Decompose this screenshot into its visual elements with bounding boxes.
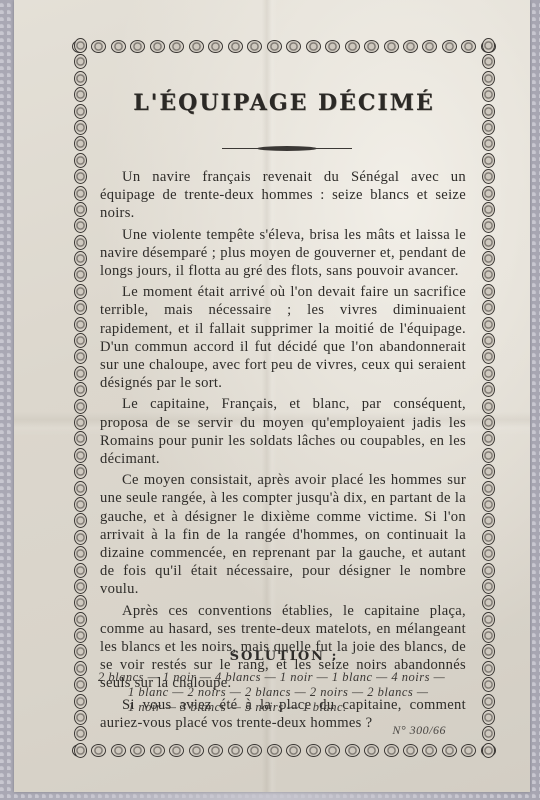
border-ornament-icon <box>91 744 106 757</box>
border-ornament-icon <box>74 267 87 282</box>
border-ornament-icon <box>422 744 437 757</box>
border-ornament-icon <box>74 563 87 578</box>
solution-line: 2 blancs — 1 noir — 4 blancs — 1 noir — … <box>98 670 466 685</box>
border-ornament-icon <box>189 40 204 53</box>
border-ornament-icon <box>267 744 282 757</box>
border-ornament-icon <box>74 202 87 217</box>
border-ornament-icon <box>461 40 476 53</box>
border-ornament-icon <box>228 744 243 757</box>
border-ornament-icon <box>482 497 495 512</box>
border-ornament-icon <box>74 497 87 512</box>
paragraph: Le capitaine, Français, et blanc, par co… <box>100 395 466 468</box>
border-ornament-icon <box>482 136 495 151</box>
border-ornament-icon <box>74 415 87 430</box>
border-ornament-icon <box>111 744 126 757</box>
border-ornament-icon <box>130 40 145 53</box>
border-ornament-icon <box>74 333 87 348</box>
border-ornament-icon <box>74 169 87 184</box>
border-ornament-icon <box>74 448 87 463</box>
border-ornament-icon <box>345 40 360 53</box>
border-ornament-icon <box>150 744 165 757</box>
ornamental-border: L'ÉQUIPAGE DÉCIMÉ Un navire français rev… <box>72 38 496 758</box>
border-ornament-icon <box>306 744 321 757</box>
reference-number: N° 300/66 <box>392 723 446 738</box>
border-ornament-icon <box>111 40 126 53</box>
border-ornament-icon <box>482 267 495 282</box>
border-ornament-icon <box>482 448 495 463</box>
border-ornament-icon <box>74 153 87 168</box>
border-ornament-icon <box>74 235 87 250</box>
border-ornament-icon <box>286 744 301 757</box>
border-ornament-icon <box>482 710 495 725</box>
border-ornament-icon <box>286 40 301 53</box>
border-ornament-icon <box>74 579 87 594</box>
border-ornament-icon <box>91 40 106 53</box>
border-ornament-icon <box>74 317 87 332</box>
border-ornament-icon <box>482 513 495 528</box>
border-ornament-icon <box>306 40 321 53</box>
border-ornament-icon <box>325 40 340 53</box>
border-ornament-icon <box>74 628 87 643</box>
border-ornament-icon <box>482 317 495 332</box>
border-ornament-icon <box>482 628 495 643</box>
border-ornament-icon <box>482 677 495 692</box>
border-ornament-icon <box>442 40 457 53</box>
border-ornament-icon <box>74 431 87 446</box>
solution-line: 1 blanc — 2 noirs — 2 blancs — 2 noirs —… <box>98 685 466 700</box>
border-ornament-icon <box>74 366 87 381</box>
border-ornament-icon <box>482 349 495 364</box>
border-top <box>72 38 496 54</box>
border-ornament-icon <box>384 40 399 53</box>
border-ornament-icon <box>208 40 223 53</box>
border-ornament-icon <box>345 744 360 757</box>
border-ornament-icon <box>482 169 495 184</box>
border-ornament-icon <box>364 744 379 757</box>
border-ornament-icon <box>384 744 399 757</box>
border-ornament-icon <box>150 40 165 53</box>
border-ornament-icon <box>74 546 87 561</box>
border-ornament-icon <box>247 40 262 53</box>
border-ornament-icon <box>482 284 495 299</box>
border-ornament-icon <box>482 612 495 627</box>
border-ornament-icon <box>189 744 204 757</box>
border-ornament-icon <box>482 431 495 446</box>
border-ornament-icon <box>74 677 87 692</box>
border-ornament-icon <box>482 202 495 217</box>
solution-text: 2 blancs — 1 noir — 4 blancs — 1 noir — … <box>98 670 466 715</box>
border-ornament-icon <box>482 300 495 315</box>
border-ornament-icon <box>74 710 87 725</box>
border-ornament-icon <box>482 333 495 348</box>
solution-line: 1 noir — 3 blancs — 5 noirs — 1 blanc. <box>98 700 466 715</box>
border-ornament-icon <box>74 694 87 709</box>
border-ornament-icon <box>130 744 145 757</box>
border-ornament-icon <box>482 694 495 709</box>
border-ornament-icon <box>461 744 476 757</box>
ornamental-rule-icon <box>222 146 352 152</box>
border-ornament-icon <box>482 743 495 758</box>
document-title: L'ÉQUIPAGE DÉCIMÉ <box>72 90 496 116</box>
border-ornament-icon <box>482 251 495 266</box>
border-ornament-icon <box>403 744 418 757</box>
border-ornament-icon <box>74 481 87 496</box>
border-ornament-icon <box>74 136 87 151</box>
border-ornament-icon <box>482 120 495 135</box>
border-ornament-icon <box>74 464 87 479</box>
border-bottom <box>72 742 496 758</box>
paragraph: Un navire français revenait du Sénégal a… <box>100 168 466 223</box>
paragraph: Le moment était arrivé où l'on devait fa… <box>100 283 466 392</box>
border-ornament-icon <box>482 530 495 545</box>
border-ornament-icon <box>74 595 87 610</box>
border-ornament-icon <box>74 186 87 201</box>
border-ornament-icon <box>482 38 495 53</box>
border-ornament-icon <box>247 744 262 757</box>
border-ornament-icon <box>228 40 243 53</box>
border-ornament-icon <box>74 120 87 135</box>
border-ornament-icon <box>267 40 282 53</box>
border-ornament-icon <box>482 563 495 578</box>
border-ornament-icon <box>482 399 495 414</box>
border-ornament-icon <box>74 38 87 53</box>
border-ornament-icon <box>482 481 495 496</box>
border-ornament-icon <box>482 153 495 168</box>
border-ornament-icon <box>169 744 184 757</box>
border-ornament-icon <box>482 464 495 479</box>
border-ornament-icon <box>74 612 87 627</box>
border-ornament-icon <box>442 744 457 757</box>
border-ornament-icon <box>74 726 87 741</box>
border-ornament-icon <box>482 726 495 741</box>
border-ornament-icon <box>74 218 87 233</box>
border-ornament-icon <box>482 366 495 381</box>
border-ornament-icon <box>325 744 340 757</box>
paragraph: Ce moyen consistait, après avoir placé l… <box>100 471 466 598</box>
border-ornament-icon <box>482 218 495 233</box>
border-ornament-icon <box>74 300 87 315</box>
paper-sheet: L'ÉQUIPAGE DÉCIMÉ Un navire français rev… <box>14 0 530 792</box>
border-ornament-icon <box>74 54 87 69</box>
border-ornament-icon <box>169 40 184 53</box>
border-ornament-icon <box>74 530 87 545</box>
border-ornament-icon <box>482 54 495 69</box>
border-ornament-icon <box>482 382 495 397</box>
paragraph: Une violente tempête s'éleva, brisa les … <box>100 226 466 281</box>
border-ornament-icon <box>74 513 87 528</box>
border-ornament-icon <box>74 251 87 266</box>
border-ornament-icon <box>482 546 495 561</box>
border-ornament-icon <box>364 40 379 53</box>
rule-ornament <box>257 146 317 151</box>
border-ornament-icon <box>482 186 495 201</box>
border-ornament-icon <box>482 71 495 86</box>
border-ornament-icon <box>74 284 87 299</box>
border-ornament-icon <box>403 40 418 53</box>
border-ornament-icon <box>482 235 495 250</box>
border-ornament-icon <box>74 399 87 414</box>
border-ornament-icon <box>482 415 495 430</box>
solution-heading: SOLUTION : <box>72 649 496 664</box>
border-ornament-icon <box>74 71 87 86</box>
border-ornament-icon <box>74 382 87 397</box>
border-ornament-icon <box>422 40 437 53</box>
border-ornament-icon <box>74 349 87 364</box>
border-ornament-icon <box>482 595 495 610</box>
border-ornament-icon <box>74 743 87 758</box>
border-ornament-icon <box>208 744 223 757</box>
border-ornament-icon <box>482 579 495 594</box>
